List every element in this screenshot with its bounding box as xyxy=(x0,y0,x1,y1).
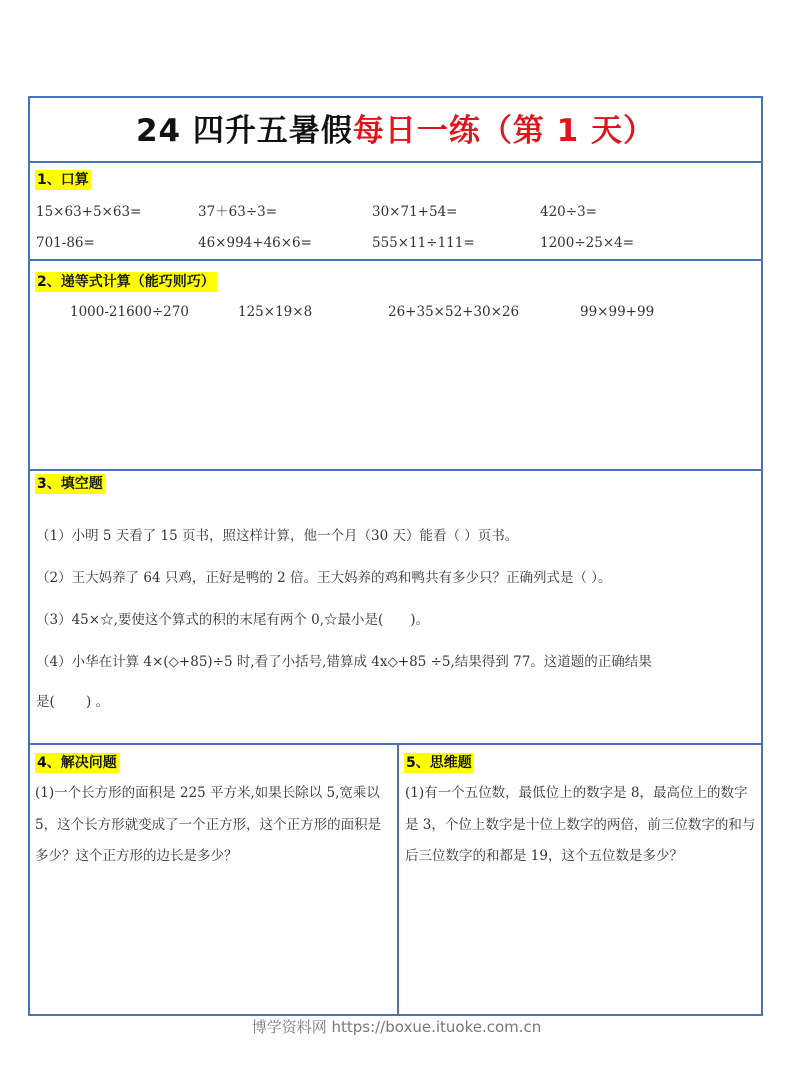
oral-item: 420÷3= xyxy=(540,202,597,222)
section1-label: 1、口算 xyxy=(35,170,91,190)
oral-item: 701-86= xyxy=(36,233,95,253)
calc-item: 26+35×52+30×26 xyxy=(388,302,519,322)
divider xyxy=(30,161,761,163)
oral-item: 1200÷25×4= xyxy=(540,233,634,253)
title-red: 每日一练（第 1 天） xyxy=(353,113,655,149)
divider xyxy=(30,469,761,471)
page-title: 24 四升五暑假每日一练（第 1 天） xyxy=(30,106,761,156)
fill-item: （2）王大妈养了 64 只鸡，正好是鸭的 2 倍。王大妈养的鸡和鸭共有多少只？正… xyxy=(36,568,612,588)
calc-item: 1000-21600÷270 xyxy=(70,302,189,322)
section5-label: 5、思维题 xyxy=(404,753,474,773)
section4-label: 4、解决问题 xyxy=(35,753,119,773)
oral-item: 37＋63÷3= xyxy=(198,202,277,222)
oral-item: 15×63+5×63= xyxy=(36,202,141,222)
divider xyxy=(30,259,761,261)
footer-watermark: 博学资料网 https://boxue.ituoke.com.cn xyxy=(0,1016,793,1037)
column-divider xyxy=(397,743,399,1014)
section3-label: 3、填空题 xyxy=(35,474,105,494)
fill-item: （4）小华在计算 4×(◇+85)÷5 时,看了小括号,错算成 4x◇+85 ÷… xyxy=(36,652,652,672)
section2-label: 2、递等式计算（能巧则巧） xyxy=(35,272,217,292)
oral-item: 30×71+54= xyxy=(372,202,457,222)
problem-text: (1)一个长方形的面积是 225 平方米,如果长除以 5,宽乘以 5，这个长方形… xyxy=(35,778,393,873)
calc-item: 125×19×8 xyxy=(238,302,312,322)
fill-item: （1）小明 5 天看了 15 页书，照这样计算，他一个月（30 天）能看（ ）页… xyxy=(36,526,518,546)
calc-item: 99×99+99 xyxy=(580,302,654,322)
fill-item: 是( ) 。 xyxy=(36,692,109,712)
oral-item: 46×994+46×6= xyxy=(198,233,312,253)
title-black: 24 四升五暑假 xyxy=(136,113,353,149)
thinking-text: (1)有一个五位数，最低位上的数字是 8，最高位上的数字是 3，个位上数字是十位… xyxy=(405,778,759,873)
fill-item: （3）45×☆,要使这个算式的积的末尾有两个 0,☆最小是( )。 xyxy=(36,610,429,630)
divider xyxy=(30,743,761,745)
oral-item: 555×11÷111= xyxy=(372,233,475,253)
worksheet: 24 四升五暑假每日一练（第 1 天） 1、口算 15×63+5×63= 37＋… xyxy=(28,96,763,1016)
